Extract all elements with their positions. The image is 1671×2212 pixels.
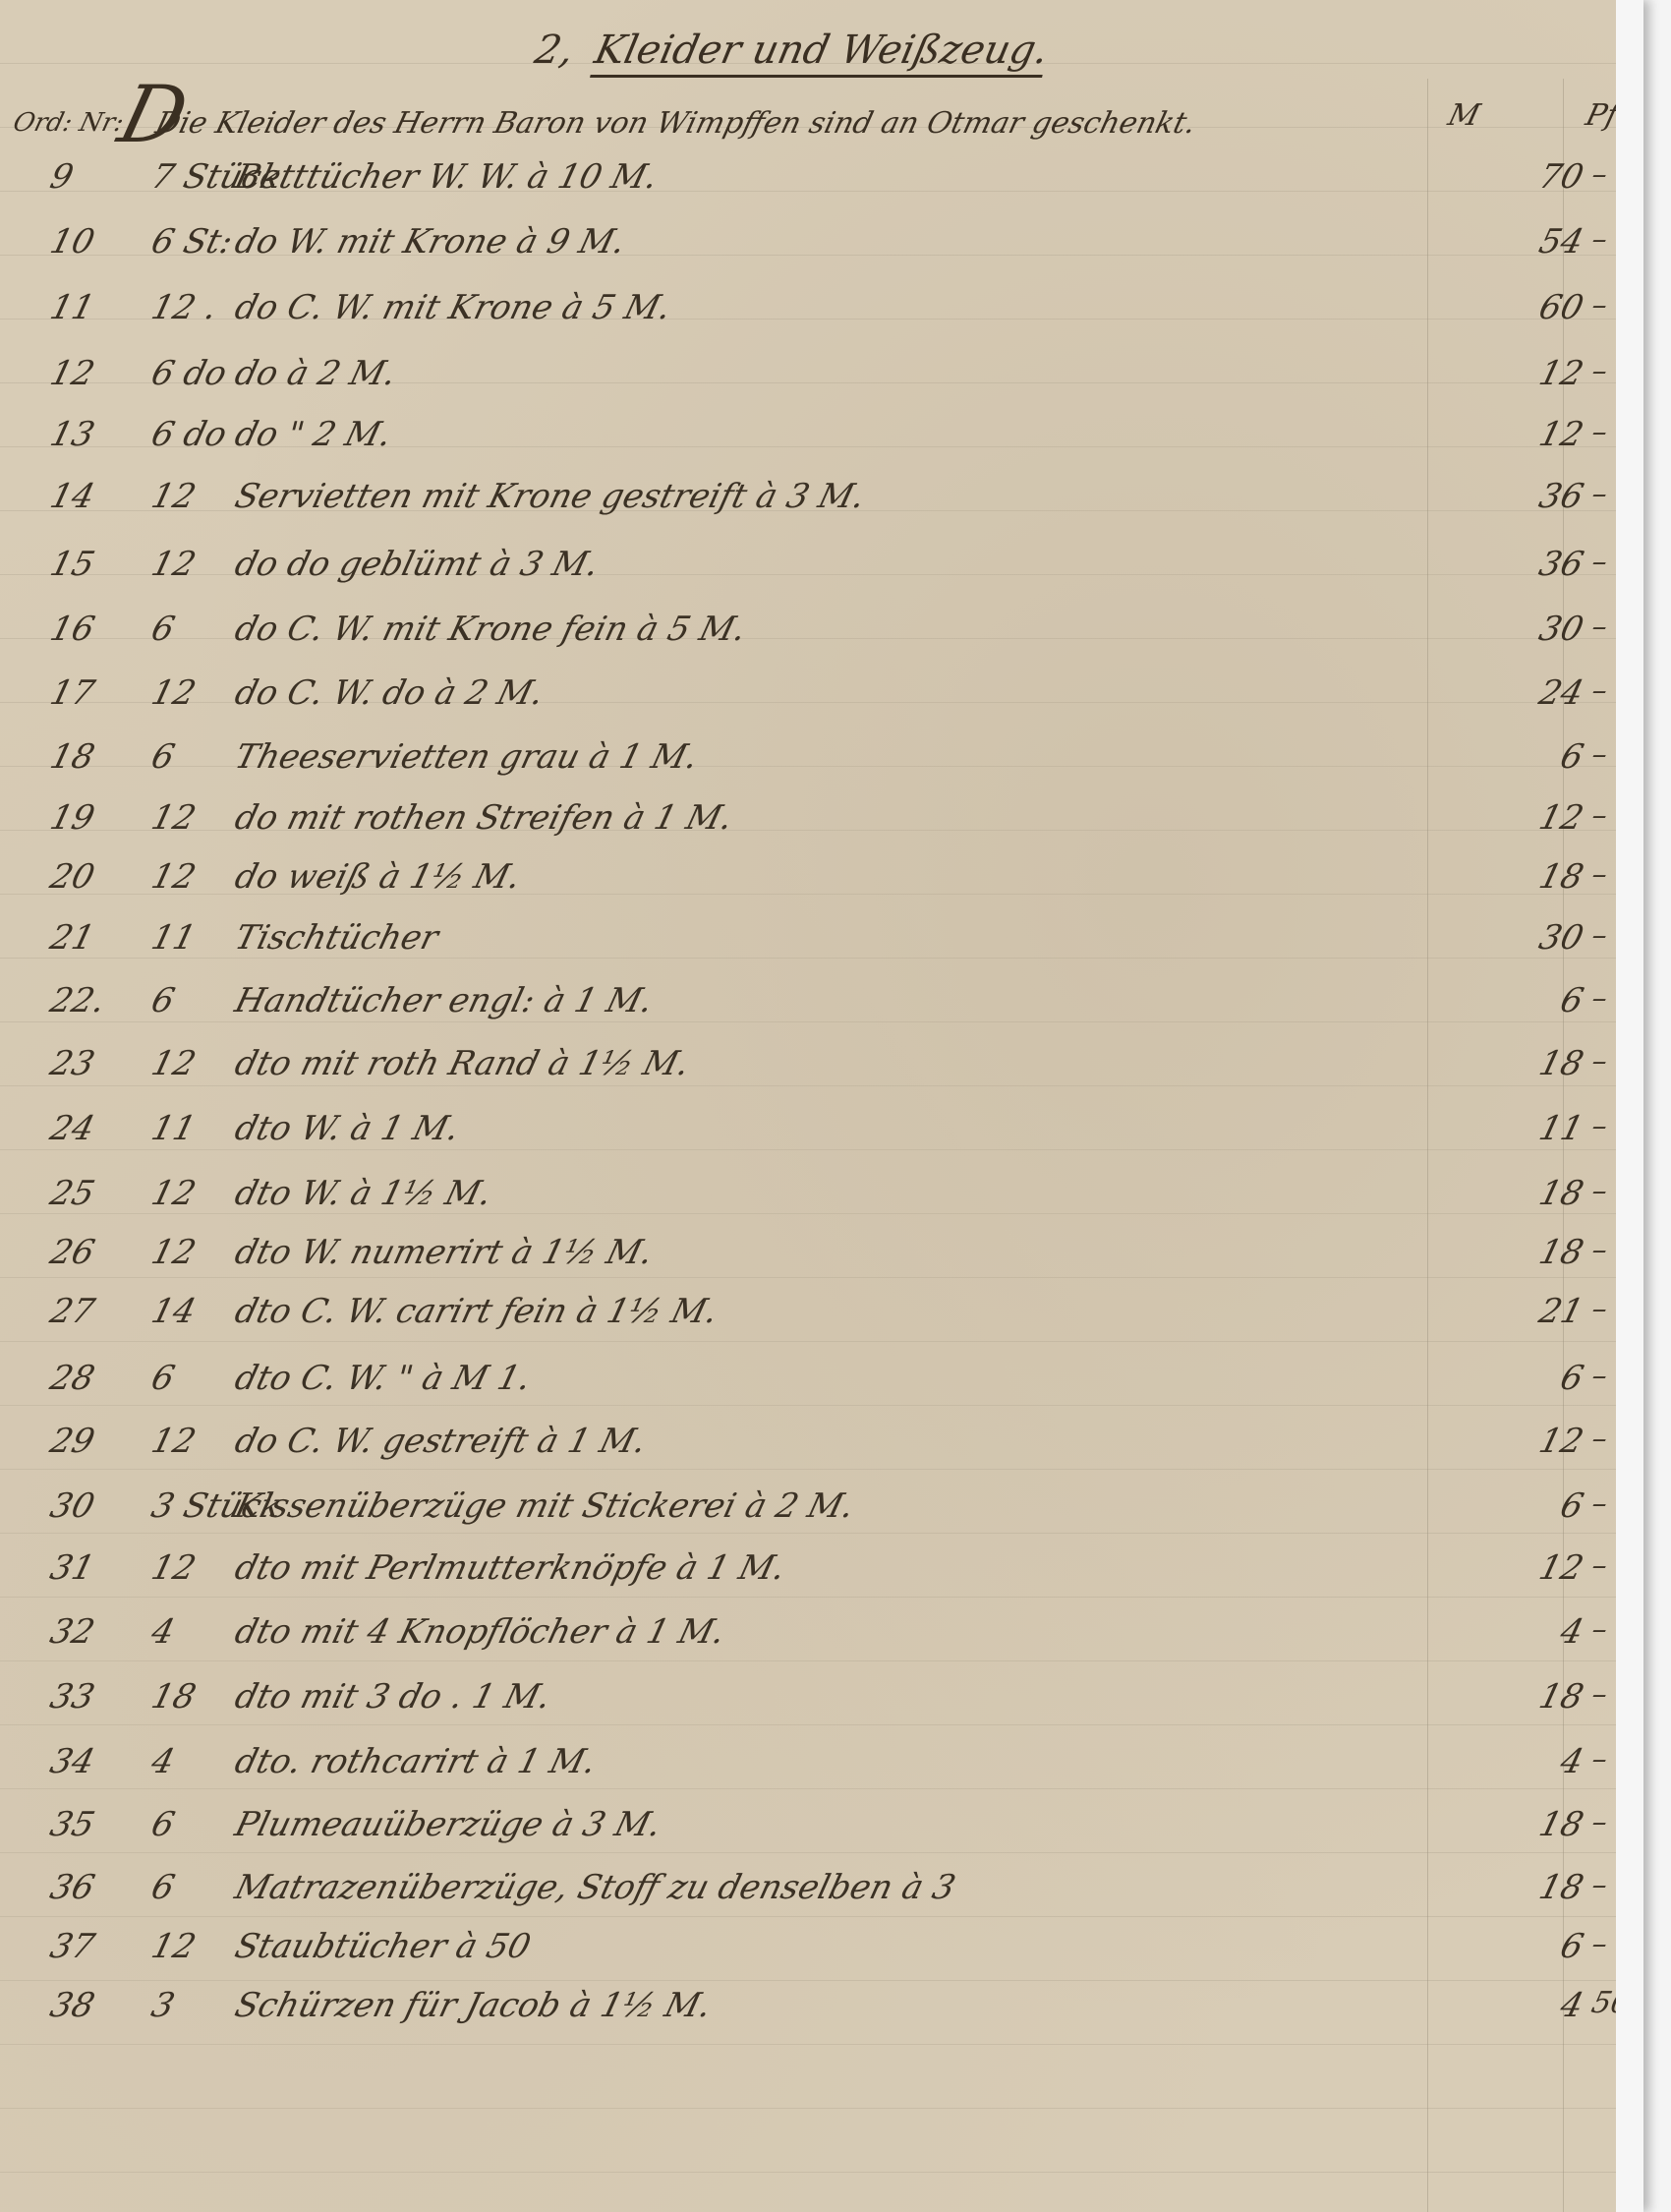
column-header: Ord: Nr: D Die Kleider des Herrn Baron v… xyxy=(14,98,1624,157)
amount-mark: 6 xyxy=(1499,1927,1587,1966)
amount-mark: 18 xyxy=(1499,1677,1587,1717)
order-number: 28 xyxy=(46,1359,98,1398)
quantity: 4 xyxy=(147,1742,179,1781)
amount-mark: 6 xyxy=(1499,1486,1587,1526)
item-description: do do geblümt à 3 M. xyxy=(231,545,603,584)
amount-mark: 18 xyxy=(1499,1174,1587,1213)
item-description: dto mit 4 Knopflöcher à 1 M. xyxy=(231,1612,729,1652)
order-number: 18 xyxy=(46,737,98,777)
order-number: 36 xyxy=(46,1868,98,1907)
amount-pf: – xyxy=(1588,1109,1612,1143)
quantity: 11 xyxy=(147,1109,200,1148)
amount-mark: 30 xyxy=(1499,918,1587,958)
page-edge xyxy=(1616,0,1643,2212)
amount-mark: 36 xyxy=(1499,545,1587,584)
amount-mark: 6 xyxy=(1499,1359,1587,1398)
quantity: 6 xyxy=(147,610,179,649)
quantity: 6 xyxy=(147,981,179,1020)
order-number: 24 xyxy=(46,1109,98,1148)
amount-mark: 12 xyxy=(1499,415,1587,454)
ledger-row: 186Theeservietten grau à 1 M.6– xyxy=(0,737,1643,796)
item-description: dto C. W. carirt fein à 1½ M. xyxy=(231,1292,721,1331)
amount-pf: – xyxy=(1588,981,1612,1016)
order-number: 20 xyxy=(46,857,98,897)
amount-pf: – xyxy=(1588,1422,1612,1456)
item-description: do C. W. mit Krone fein à 5 M. xyxy=(231,610,750,649)
order-number: 26 xyxy=(46,1233,98,1272)
quantity: 6 xyxy=(147,1805,179,1844)
quantity: 12 xyxy=(147,1422,200,1461)
amount-mark: 6 xyxy=(1499,981,1587,1020)
ledger-row: 2612dto W. numerirt à 1½ M.18– xyxy=(0,1233,1643,1292)
amount-pf: – xyxy=(1588,1612,1612,1647)
amount-pf: – xyxy=(1588,477,1612,511)
amount-pf: – xyxy=(1588,1486,1612,1521)
ledger-row: 2312dto mit roth Rand à 1½ M.18– xyxy=(0,1044,1643,1103)
amount-mark: 11 xyxy=(1499,1109,1587,1148)
item-description: dto mit 3 do . 1 M. xyxy=(231,1677,554,1717)
amount-mark: 30 xyxy=(1499,610,1587,649)
order-number: 29 xyxy=(46,1422,98,1461)
order-number: 35 xyxy=(46,1805,98,1844)
item-description: Theeservietten grau à 1 M. xyxy=(231,737,702,777)
amount-pf: – xyxy=(1588,288,1612,322)
ledger-row: 2411dto W. à 1 M.11– xyxy=(0,1109,1643,1168)
amount-pf: – xyxy=(1588,1292,1612,1326)
quantity: 4 xyxy=(147,1612,179,1652)
ledger-row: 383Schürzen für Jacob à 1½ M.450 xyxy=(0,1986,1643,2045)
quantity: 18 xyxy=(147,1677,200,1717)
order-number: 23 xyxy=(46,1044,98,1083)
amount-pf: – xyxy=(1588,1174,1612,1208)
ledger-row: 1912do mit rothen Streifen à 1 M.12– xyxy=(0,798,1643,857)
quantity: 12 xyxy=(147,1233,200,1272)
item-description: dto W. à 1½ M. xyxy=(231,1174,495,1213)
order-number: 16 xyxy=(46,610,98,649)
quantity: 12 xyxy=(147,1174,200,1213)
order-number: 22. xyxy=(46,981,109,1020)
amount-mark: 12 xyxy=(1499,1422,1587,1461)
amount-mark: 12 xyxy=(1499,1548,1587,1588)
amount-pf: – xyxy=(1588,354,1612,388)
item-description: dto mit Perlmutterknöpfe à 1 M. xyxy=(231,1548,789,1588)
amount-pf: – xyxy=(1588,415,1612,449)
amount-pf: – xyxy=(1588,1677,1612,1712)
order-number: 19 xyxy=(46,798,98,838)
ledger-row: 136 dodo " 2 M.12– xyxy=(0,415,1643,474)
ledger-row: 2912do C. W. gestreift à 1 M.12– xyxy=(0,1422,1643,1481)
order-number: 25 xyxy=(46,1174,98,1213)
item-description: dto W. numerirt à 1½ M. xyxy=(231,1233,657,1272)
quantity: 6 xyxy=(147,1868,179,1907)
amount-pf: – xyxy=(1588,857,1612,892)
item-description: Handtücher engl: à 1 M. xyxy=(231,981,657,1020)
item-description: do à 2 M. xyxy=(231,354,400,393)
amount-pf: – xyxy=(1588,673,1612,708)
order-number: 12 xyxy=(46,354,98,393)
amount-mark: 4 xyxy=(1499,1612,1587,1652)
quantity: 14 xyxy=(147,1292,200,1331)
item-description: Staubtücher à 50 xyxy=(231,1927,535,1966)
quantity: 6 St: xyxy=(147,222,237,262)
item-description: Tischtücher xyxy=(231,918,442,958)
ledger-row: 1412Servietten mit Krone gestreift à 3 M… xyxy=(0,477,1643,536)
ledger-row: 22.6Handtücher engl: à 1 M.6– xyxy=(0,981,1643,1040)
amount-mark: 12 xyxy=(1499,798,1587,838)
quantity: 3 xyxy=(147,1986,179,2025)
ledger-row: 126 dodo à 2 M.12– xyxy=(0,354,1643,413)
item-description: do C. W. mit Krone à 5 M. xyxy=(231,288,675,327)
amount-pf: – xyxy=(1588,610,1612,644)
header-ordnr: Ord: Nr: xyxy=(10,108,127,138)
ledger-row: 344dto. rothcarirt à 1 M.4– xyxy=(0,1742,1643,1801)
item-description: do " 2 M. xyxy=(231,415,396,454)
amount-pf: – xyxy=(1588,545,1612,579)
amount-pf: – xyxy=(1588,918,1612,953)
ledger-row: 1512do do geblümt à 3 M.36– xyxy=(0,545,1643,604)
item-description: do weiß à 1½ M. xyxy=(231,857,525,897)
amount-mark: 12 xyxy=(1499,354,1587,393)
ledger-row: 3318dto mit 3 do . 1 M.18– xyxy=(0,1677,1643,1736)
order-number: 11 xyxy=(46,288,98,327)
order-number: 13 xyxy=(46,415,98,454)
item-description: Schürzen für Jacob à 1½ M. xyxy=(231,1986,716,2025)
order-number: 10 xyxy=(46,222,98,262)
item-description: do mit rothen Streifen à 1 M. xyxy=(231,798,736,838)
quantity: 12 xyxy=(147,1548,200,1588)
quantity: 12 xyxy=(147,1044,200,1083)
amount-mark: 18 xyxy=(1499,857,1587,897)
quantity: 11 xyxy=(147,918,200,958)
header-description: Die Kleider des Herrn Baron von Wimpffen… xyxy=(152,106,1200,141)
order-number: 21 xyxy=(46,918,98,958)
amount-mark: 36 xyxy=(1499,477,1587,516)
amount-mark: 18 xyxy=(1499,1805,1587,1844)
amount-mark: 6 xyxy=(1499,737,1587,777)
quantity: 12 xyxy=(147,798,200,838)
amount-pf: – xyxy=(1588,1233,1612,1267)
amount-pf: – xyxy=(1588,798,1612,833)
order-number: 27 xyxy=(46,1292,98,1331)
quantity: 6 do xyxy=(147,354,231,393)
amount-pf: – xyxy=(1588,1548,1612,1583)
quantity: 6 do xyxy=(147,415,231,454)
ledger-row: 2012do weiß à 1½ M.18– xyxy=(0,857,1643,916)
ledger-row: 2111Tischtücher30– xyxy=(0,918,1643,977)
order-number: 37 xyxy=(46,1927,98,1966)
order-number: 30 xyxy=(46,1486,98,1526)
order-number: 17 xyxy=(46,673,98,713)
item-description: dto mit roth Rand à 1½ M. xyxy=(231,1044,694,1083)
amount-mark: 18 xyxy=(1499,1233,1587,1272)
ledger-row: 166do C. W. mit Krone fein à 5 M.30– xyxy=(0,610,1643,669)
amount-pf: – xyxy=(1588,157,1612,192)
page-title: 2, Kleider und Weißzeug. xyxy=(531,28,1053,73)
item-description: Matrazenüberzüge, Stoff zu denselben à 3 xyxy=(231,1868,959,1907)
order-number: 14 xyxy=(46,477,98,516)
amount-pf: – xyxy=(1588,1927,1612,1961)
amount-pf: – xyxy=(1588,1868,1612,1902)
item-description: dto. rothcarirt à 1 M. xyxy=(231,1742,600,1781)
ledger-row: 1112 .do C. W. mit Krone à 5 M.60– xyxy=(0,288,1643,347)
item-description: Servietten mit Krone gestreift à 3 M. xyxy=(231,477,869,516)
quantity: 12 xyxy=(147,545,200,584)
ledger-row: 356Plumeauüberzüge à 3 M.18– xyxy=(0,1805,1643,1864)
ledger-row: 106 St:do W. mit Krone à 9 M.54– xyxy=(0,222,1643,281)
order-number: 33 xyxy=(46,1677,98,1717)
quantity: 6 xyxy=(147,1359,179,1398)
item-description: do C. W. gestreift à 1 M. xyxy=(231,1422,651,1461)
item-description: dto W. à 1 M. xyxy=(231,1109,463,1148)
ledger-row: 97 StückBetttücher W. W. à 10 M.70– xyxy=(0,157,1643,216)
amount-mark: 18 xyxy=(1499,1044,1587,1083)
ledger-row: 303 StückKissenüberzüge mit Stickerei à … xyxy=(0,1486,1643,1545)
item-description: do C. W. do à 2 M. xyxy=(231,673,547,713)
amount-mark: 4 xyxy=(1499,1986,1587,2025)
amount-mark: 4 xyxy=(1499,1742,1587,1781)
ledger-row: 366Matrazenüberzüge, Stoff zu denselben … xyxy=(0,1868,1643,1927)
item-description: Betttücher W. W. à 10 M. xyxy=(231,157,662,197)
item-description: dto C. W. " à M 1. xyxy=(231,1359,535,1398)
header-mark: M xyxy=(1445,98,1483,133)
order-number: 31 xyxy=(46,1548,98,1588)
title-number: 2, xyxy=(531,28,578,73)
ledger-row: 3712Staubtücher à 506– xyxy=(0,1927,1643,1986)
amount-mark: 21 xyxy=(1499,1292,1587,1331)
amount-pf: – xyxy=(1588,222,1612,257)
order-number: 15 xyxy=(46,545,98,584)
quantity: 6 xyxy=(147,737,179,777)
amount-mark: 18 xyxy=(1499,1868,1587,1907)
ledger-page: 2, Kleider und Weißzeug. Ord: Nr: D Die … xyxy=(0,0,1643,2212)
order-number: 32 xyxy=(46,1612,98,1652)
amount-pf: – xyxy=(1588,1044,1612,1078)
quantity: 12 xyxy=(147,857,200,897)
ledger-row: 2512dto W. à 1½ M.18– xyxy=(0,1174,1643,1233)
amount-pf: – xyxy=(1588,1359,1612,1393)
ledger-row: 2714dto C. W. carirt fein à 1½ M.21– xyxy=(0,1292,1643,1351)
ledger-row: 324dto mit 4 Knopflöcher à 1 M.4– xyxy=(0,1612,1643,1671)
quantity: 12 xyxy=(147,1927,200,1966)
amount-mark: 60 xyxy=(1499,288,1587,327)
amount-mark: 24 xyxy=(1499,673,1587,713)
quantity: 12 . xyxy=(147,288,221,327)
item-description: Kissenüberzüge mit Stickerei à 2 M. xyxy=(231,1486,858,1526)
order-number: 38 xyxy=(46,1986,98,2025)
amount-pf: – xyxy=(1588,737,1612,772)
item-description: Plumeauüberzüge à 3 M. xyxy=(231,1805,665,1844)
amount-pf: – xyxy=(1588,1805,1612,1839)
amount-mark: 70 xyxy=(1499,157,1587,197)
ledger-row: 3112dto mit Perlmutterknöpfe à 1 M.12– xyxy=(0,1548,1643,1607)
ledger-row: 1712do C. W. do à 2 M.24– xyxy=(0,673,1643,732)
item-description: do W. mit Krone à 9 M. xyxy=(231,222,629,262)
order-number: 9 xyxy=(46,157,78,197)
amount-pf: – xyxy=(1588,1742,1612,1776)
quantity: 12 xyxy=(147,477,200,516)
quantity: 12 xyxy=(147,673,200,713)
amount-mark: 54 xyxy=(1499,222,1587,262)
order-number: 34 xyxy=(46,1742,98,1781)
title-text: Kleider und Weißzeug. xyxy=(590,28,1053,78)
ledger-row: 286dto C. W. " à M 1.6– xyxy=(0,1359,1643,1418)
